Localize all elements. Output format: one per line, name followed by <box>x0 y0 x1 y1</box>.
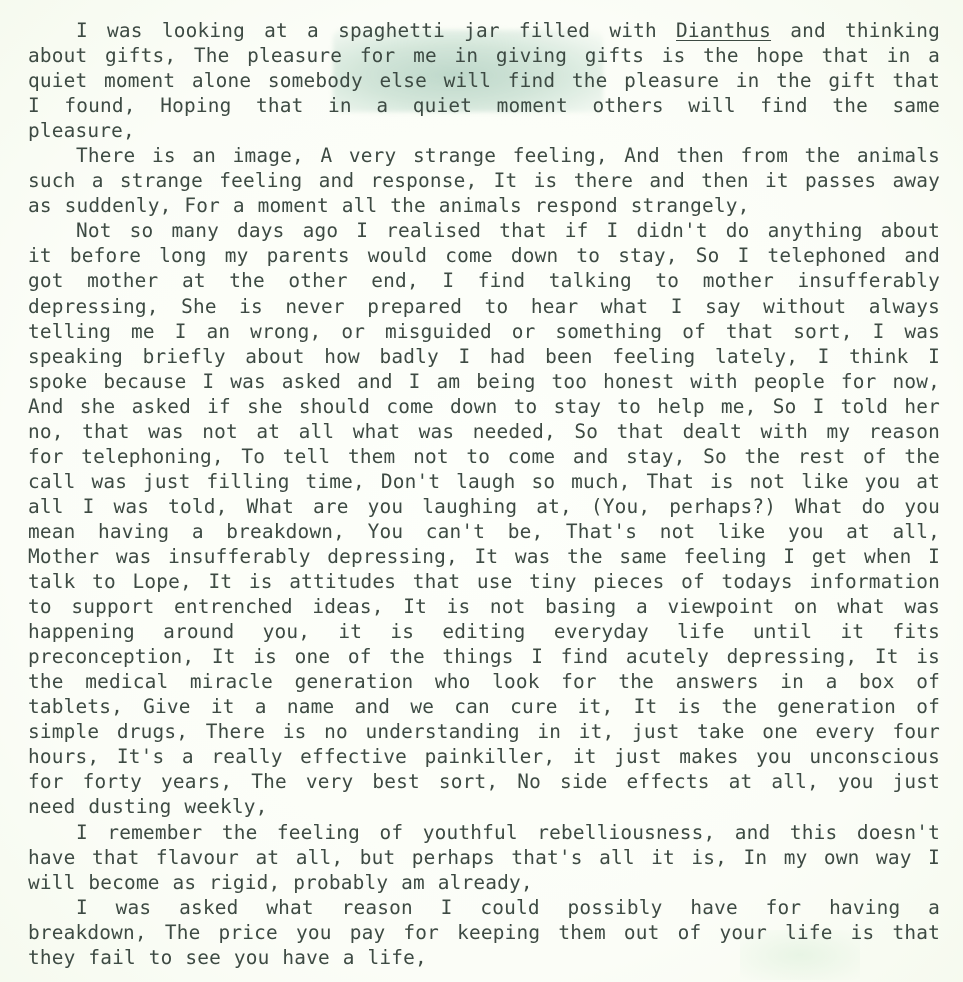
text-line: happening around you, it is editing ever… <box>28 619 940 644</box>
text-line: they fail to see you have a life, <box>28 945 940 970</box>
text-line: it before long my parents would come dow… <box>28 243 940 268</box>
text-line: about gifts, The pleasure for me in givi… <box>28 43 940 68</box>
text-line: mean having a breakdown, You can't be, T… <box>28 519 940 544</box>
text-line: spoke because I was asked and I am being… <box>28 369 940 394</box>
text-line: preconception, It is one of the things I… <box>28 644 940 669</box>
text-line: Mother was insufferably depressing, It w… <box>28 544 940 569</box>
paragraph: I was looking at a spaghetti jar filled … <box>28 18 940 143</box>
text-line: telling me I an wrong, or misguided or s… <box>28 319 940 344</box>
text-line: tablets, Give it a name and we can cure … <box>28 694 940 719</box>
text-line: simple drugs, There is no understanding … <box>28 719 940 744</box>
text-line: for forty years, The very best sort, No … <box>28 769 940 794</box>
text-line: have that flavour at all, but perhaps th… <box>28 845 940 870</box>
text-line: as suddenly, For a moment all the animal… <box>28 193 940 218</box>
text-line: the medical miracle generation who look … <box>28 669 940 694</box>
text-line: got mother at the other end, I find talk… <box>28 268 940 293</box>
paragraph: Not so many days ago I realised that if … <box>28 218 940 819</box>
text-line: I found, Hoping that in a quiet moment o… <box>28 93 940 118</box>
text-line: talk to Lope, It is attitudes that use t… <box>28 569 940 594</box>
text-line: pleasure, <box>28 118 940 143</box>
text-line: Not so many days ago I realised that if … <box>28 218 940 243</box>
text-line: I remember the feeling of youthful rebel… <box>28 820 940 845</box>
text-line: And she asked if she should come down to… <box>28 394 940 419</box>
text-line: need dusting weekly, <box>28 794 940 819</box>
paragraph: There is an image, A very strange feelin… <box>28 143 940 218</box>
text-line: for telephoning, To tell them not to com… <box>28 444 940 469</box>
text-line: to support entrenched ideas, It is not b… <box>28 594 940 619</box>
text-line: quiet moment alone somebody else will fi… <box>28 68 940 93</box>
paragraph: I remember the feeling of youthful rebel… <box>28 820 940 895</box>
text-line: no, that was not at all what was needed,… <box>28 419 940 444</box>
text-line: hours, It's a really effective painkille… <box>28 744 940 769</box>
text-line: such a strange feeling and response, It … <box>28 168 940 193</box>
text-line: breakdown, The price you pay for keeping… <box>28 920 940 945</box>
paragraph: I was asked what reason I could possibly… <box>28 895 940 970</box>
text-line: all I was told, What are you laughing at… <box>28 494 940 519</box>
text-line: will become as rigid, probably am alread… <box>28 870 940 895</box>
text-line: There is an image, A very strange feelin… <box>28 143 940 168</box>
text-line: call was just filling time, Don't laugh … <box>28 469 940 494</box>
document-body: I was looking at a spaghetti jar filled … <box>28 18 940 970</box>
text-line: speaking briefly about how badly I had b… <box>28 344 940 369</box>
typed-page: I was looking at a spaghetti jar filled … <box>0 0 963 982</box>
text-line: I was looking at a spaghetti jar filled … <box>28 18 940 43</box>
text-line: I was asked what reason I could possibly… <box>28 895 940 920</box>
text-line: depressing, She is never prepared to hea… <box>28 294 940 319</box>
underlined-word: Dianthus <box>676 19 771 42</box>
